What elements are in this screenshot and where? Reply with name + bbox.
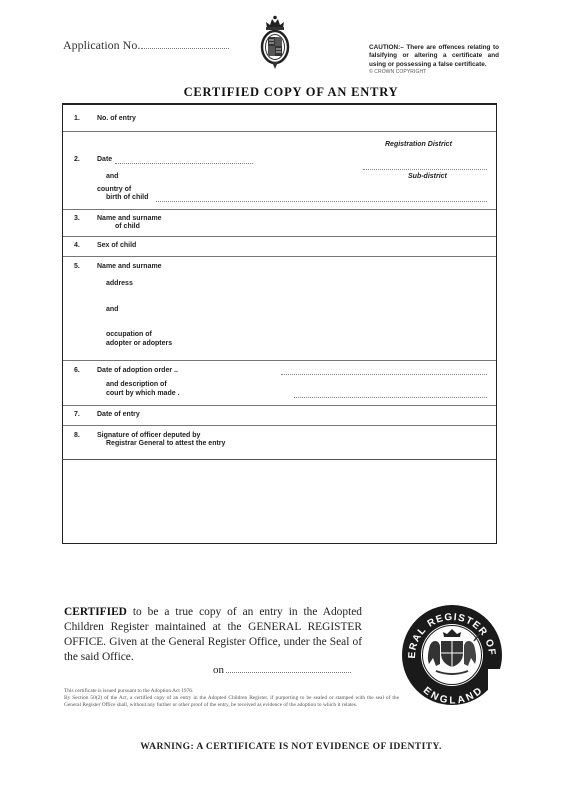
row-number: 5. [74, 263, 80, 270]
row-number: 8. [74, 432, 80, 439]
entry-form: 1. No. of entry Registration District 2.… [62, 103, 497, 544]
occupation-of-label: occupation of [106, 331, 152, 340]
general-register-office-seal-icon: GENERAL REGISTER OFFICE ENGLAND [396, 597, 506, 707]
registration-district-label: Registration District [385, 141, 452, 150]
registrar-general-label: Registrar General to attest the entry [106, 440, 225, 449]
on-label: on [213, 664, 224, 676]
caution-notice: CAUTION:– There are offences relating to… [369, 44, 499, 69]
identity-warning: WARNING: A CERTIFICATE IS NOT EVIDENCE O… [0, 741, 582, 752]
birth-of-child-label: birth of child [106, 194, 148, 203]
date-label: Date [97, 156, 112, 165]
and-label: and [106, 306, 118, 315]
sex-of-child-label: Sex of child [97, 242, 136, 251]
adoption-order-date-label: Date of adoption order .. [97, 367, 178, 376]
row-number: 3. [74, 215, 80, 222]
royal-coat-of-arms-icon [258, 14, 292, 72]
issue-date-blank [226, 664, 351, 673]
sub-district-label: Sub-district [408, 173, 447, 182]
description-of-label: and description of [106, 381, 167, 390]
date-of-entry-label: Date of entry [97, 411, 140, 420]
issue-date-field: on [213, 664, 351, 676]
crown-copyright: © CROWN COPYRIGHT [369, 69, 426, 75]
row-number: 4. [74, 242, 80, 249]
legal-notice-act: This certificate is issued pursuant to t… [64, 688, 399, 694]
court-by-which-made-label: court by which made . [106, 390, 180, 399]
application-number-blank [141, 39, 229, 49]
registration-district-blank[interactable] [363, 169, 487, 170]
address-label: address [106, 280, 133, 289]
adopter-name-label: Name and surname [97, 263, 162, 272]
legal-notice-section: By Section 50(2) of the Act, a certified… [64, 695, 399, 710]
date-blank[interactable] [115, 163, 253, 164]
application-number-field: Application No. [63, 38, 229, 53]
adopter-or-adopters-label: adopter or adopters [106, 340, 172, 349]
application-number-label: Application No. [63, 38, 140, 52]
row-number: 6. [74, 367, 80, 374]
adoption-order-date-blank[interactable] [281, 374, 487, 375]
row-number: 2. [74, 156, 80, 163]
certification-statement: CERTIFIED to be a true copy of an entry … [64, 605, 362, 665]
of-child-label: of child [115, 223, 140, 232]
row-number: 7. [74, 411, 80, 418]
and-label: and [106, 173, 118, 182]
country-of-birth-blank[interactable] [156, 201, 487, 202]
no-of-entry-label: No. of entry [97, 115, 136, 124]
certified-word: CERTIFIED [64, 606, 127, 618]
document-title: CERTIFIED COPY OF AN ENTRY [0, 85, 582, 100]
court-description-blank[interactable] [294, 397, 487, 398]
row-number: 1. [74, 115, 80, 122]
